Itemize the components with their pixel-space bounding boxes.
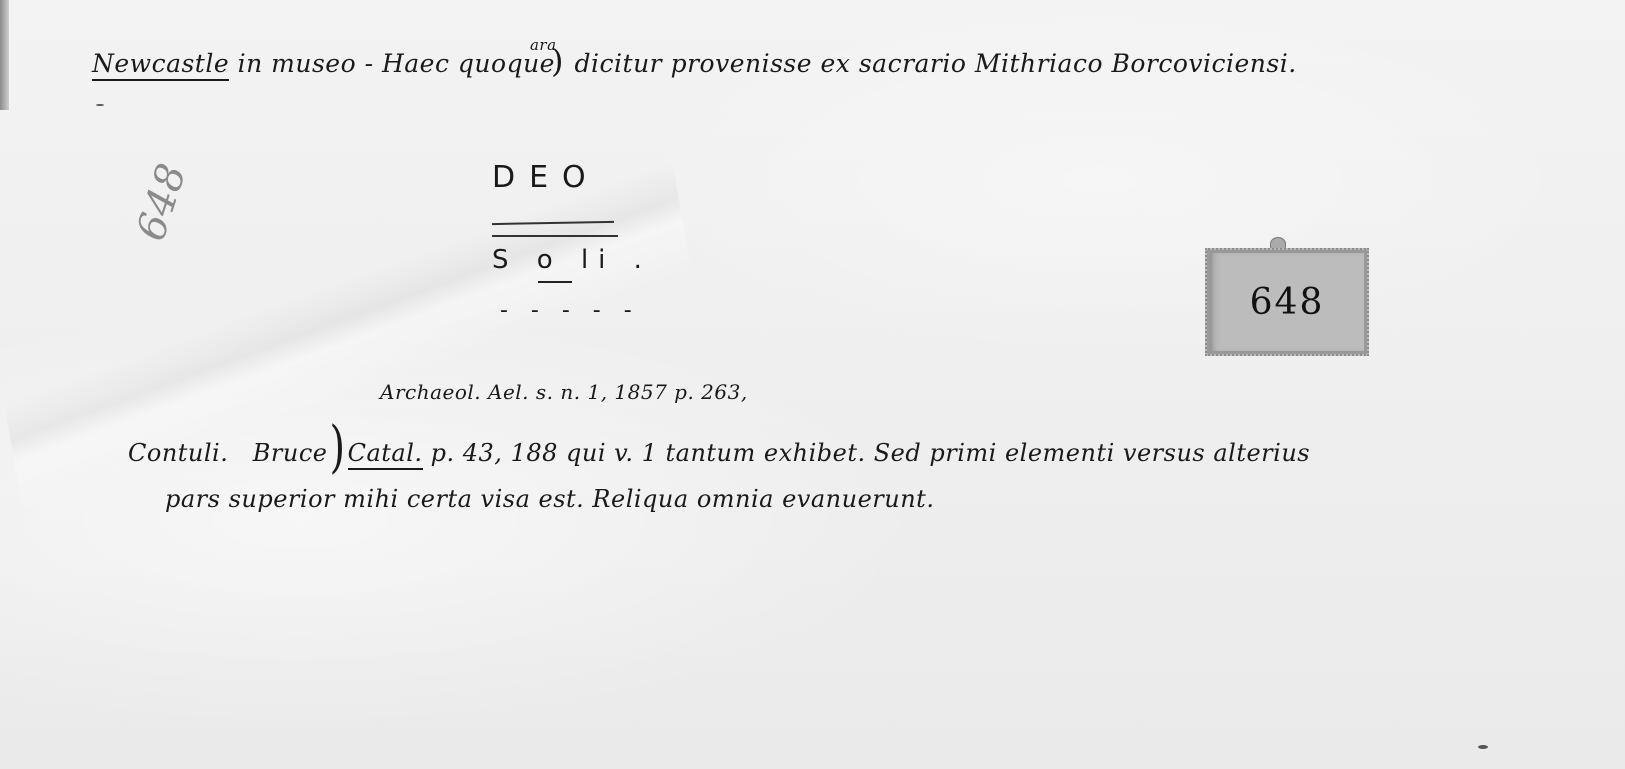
heading-line: Newcastle in museo - Haec quoque)aradici… <box>92 42 1297 80</box>
bracket-mark: ) <box>329 416 345 480</box>
document-page: Newcastle in museo - Haec quoque)aradici… <box>0 0 1625 769</box>
ink-speck <box>96 104 104 106</box>
inscription-line-1: DEO <box>492 160 600 195</box>
bibliographic-reference: Archaeol. Ael. s. n. 1, 1857 p. 263, <box>380 380 748 404</box>
place-name: Newcastle <box>92 49 229 81</box>
ink-speck <box>1478 745 1488 749</box>
scan-edge-shadow <box>0 0 9 110</box>
number-stamp: 648 <box>1205 248 1369 356</box>
note-text: p. 43, 188 qui v. 1 tantum exhibet. Sed … <box>423 439 1311 467</box>
superscript-ara: ara <box>530 36 557 54</box>
inscription-rule-bottom <box>492 235 618 237</box>
inscription-line-2: S o li . <box>492 245 652 275</box>
author-name: Bruce <box>253 439 328 467</box>
note-line-1: Contuli. Bruce)Catal. p. 43, 188 qui v. … <box>128 425 1310 471</box>
inscription-line-3: - - - - - <box>500 298 640 323</box>
inscription-underline <box>538 281 572 283</box>
heading-text-continued: dicitur provenisse ex sacrario Mithriaco… <box>575 49 1297 78</box>
stamp-number: 648 <box>1250 282 1325 323</box>
heading-text: in museo - Haec quoque <box>229 49 555 78</box>
note-line-2: pars superior mihi certa visa est. Reliq… <box>165 485 934 513</box>
catalogue-abbrev: Catal. <box>348 439 423 470</box>
note-lead: Contuli. <box>128 439 228 467</box>
